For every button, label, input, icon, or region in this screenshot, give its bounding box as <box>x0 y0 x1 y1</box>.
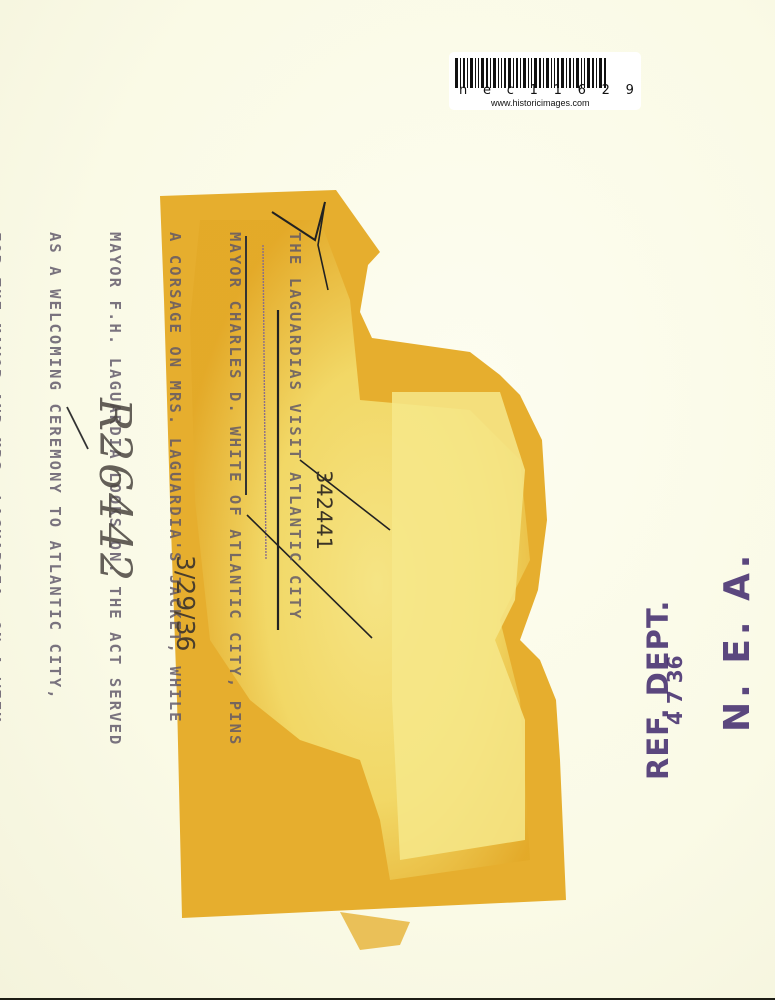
nea-stamp: N. E. A. <box>717 551 758 732</box>
code-char: n <box>459 83 468 98</box>
code-char: 1 <box>554 83 563 98</box>
handwritten-archive-number: R26442 <box>89 398 140 583</box>
barcode-sticker: n e c 1 1 6 2 9 www.historicimages.com <box>449 52 641 110</box>
code-char: 6 <box>578 83 587 98</box>
code-char: 1 <box>530 83 539 98</box>
caption-date: 3/29/36 <box>171 555 200 651</box>
caption-line: THE LAGUARDIAS VISIT ATLANTIC CITY <box>285 232 305 852</box>
code-char: 2 <box>602 83 611 98</box>
code-char: c <box>507 83 515 98</box>
received-date-stamp: 4 7 36 <box>663 655 687 725</box>
accession-number: 342441 <box>312 470 336 550</box>
code-char: 9 <box>626 83 635 98</box>
code-char: e <box>483 83 492 98</box>
caption-line: A CORSAGE ON MRS. LAGUARDIA'S JACKET, WH… <box>165 232 185 852</box>
photo-back-page: n e c 1 1 6 2 9 www.historicimages.com T… <box>0 0 775 1000</box>
barcode-website: www.historicimages.com <box>491 98 590 108</box>
caption-line: MAYOR CHARLES D. WHITE OF ATLANTIC CITY,… <box>225 232 245 852</box>
caption-line: FOR THE MAYOR AND MRS. LAGUARDIA, ON A W… <box>0 232 5 852</box>
barcode-code: n e c 1 1 6 2 9 <box>459 83 635 98</box>
caption-line: AS A WELCOMING CEREMONY TO ATLANTIC CITY… <box>45 232 65 852</box>
